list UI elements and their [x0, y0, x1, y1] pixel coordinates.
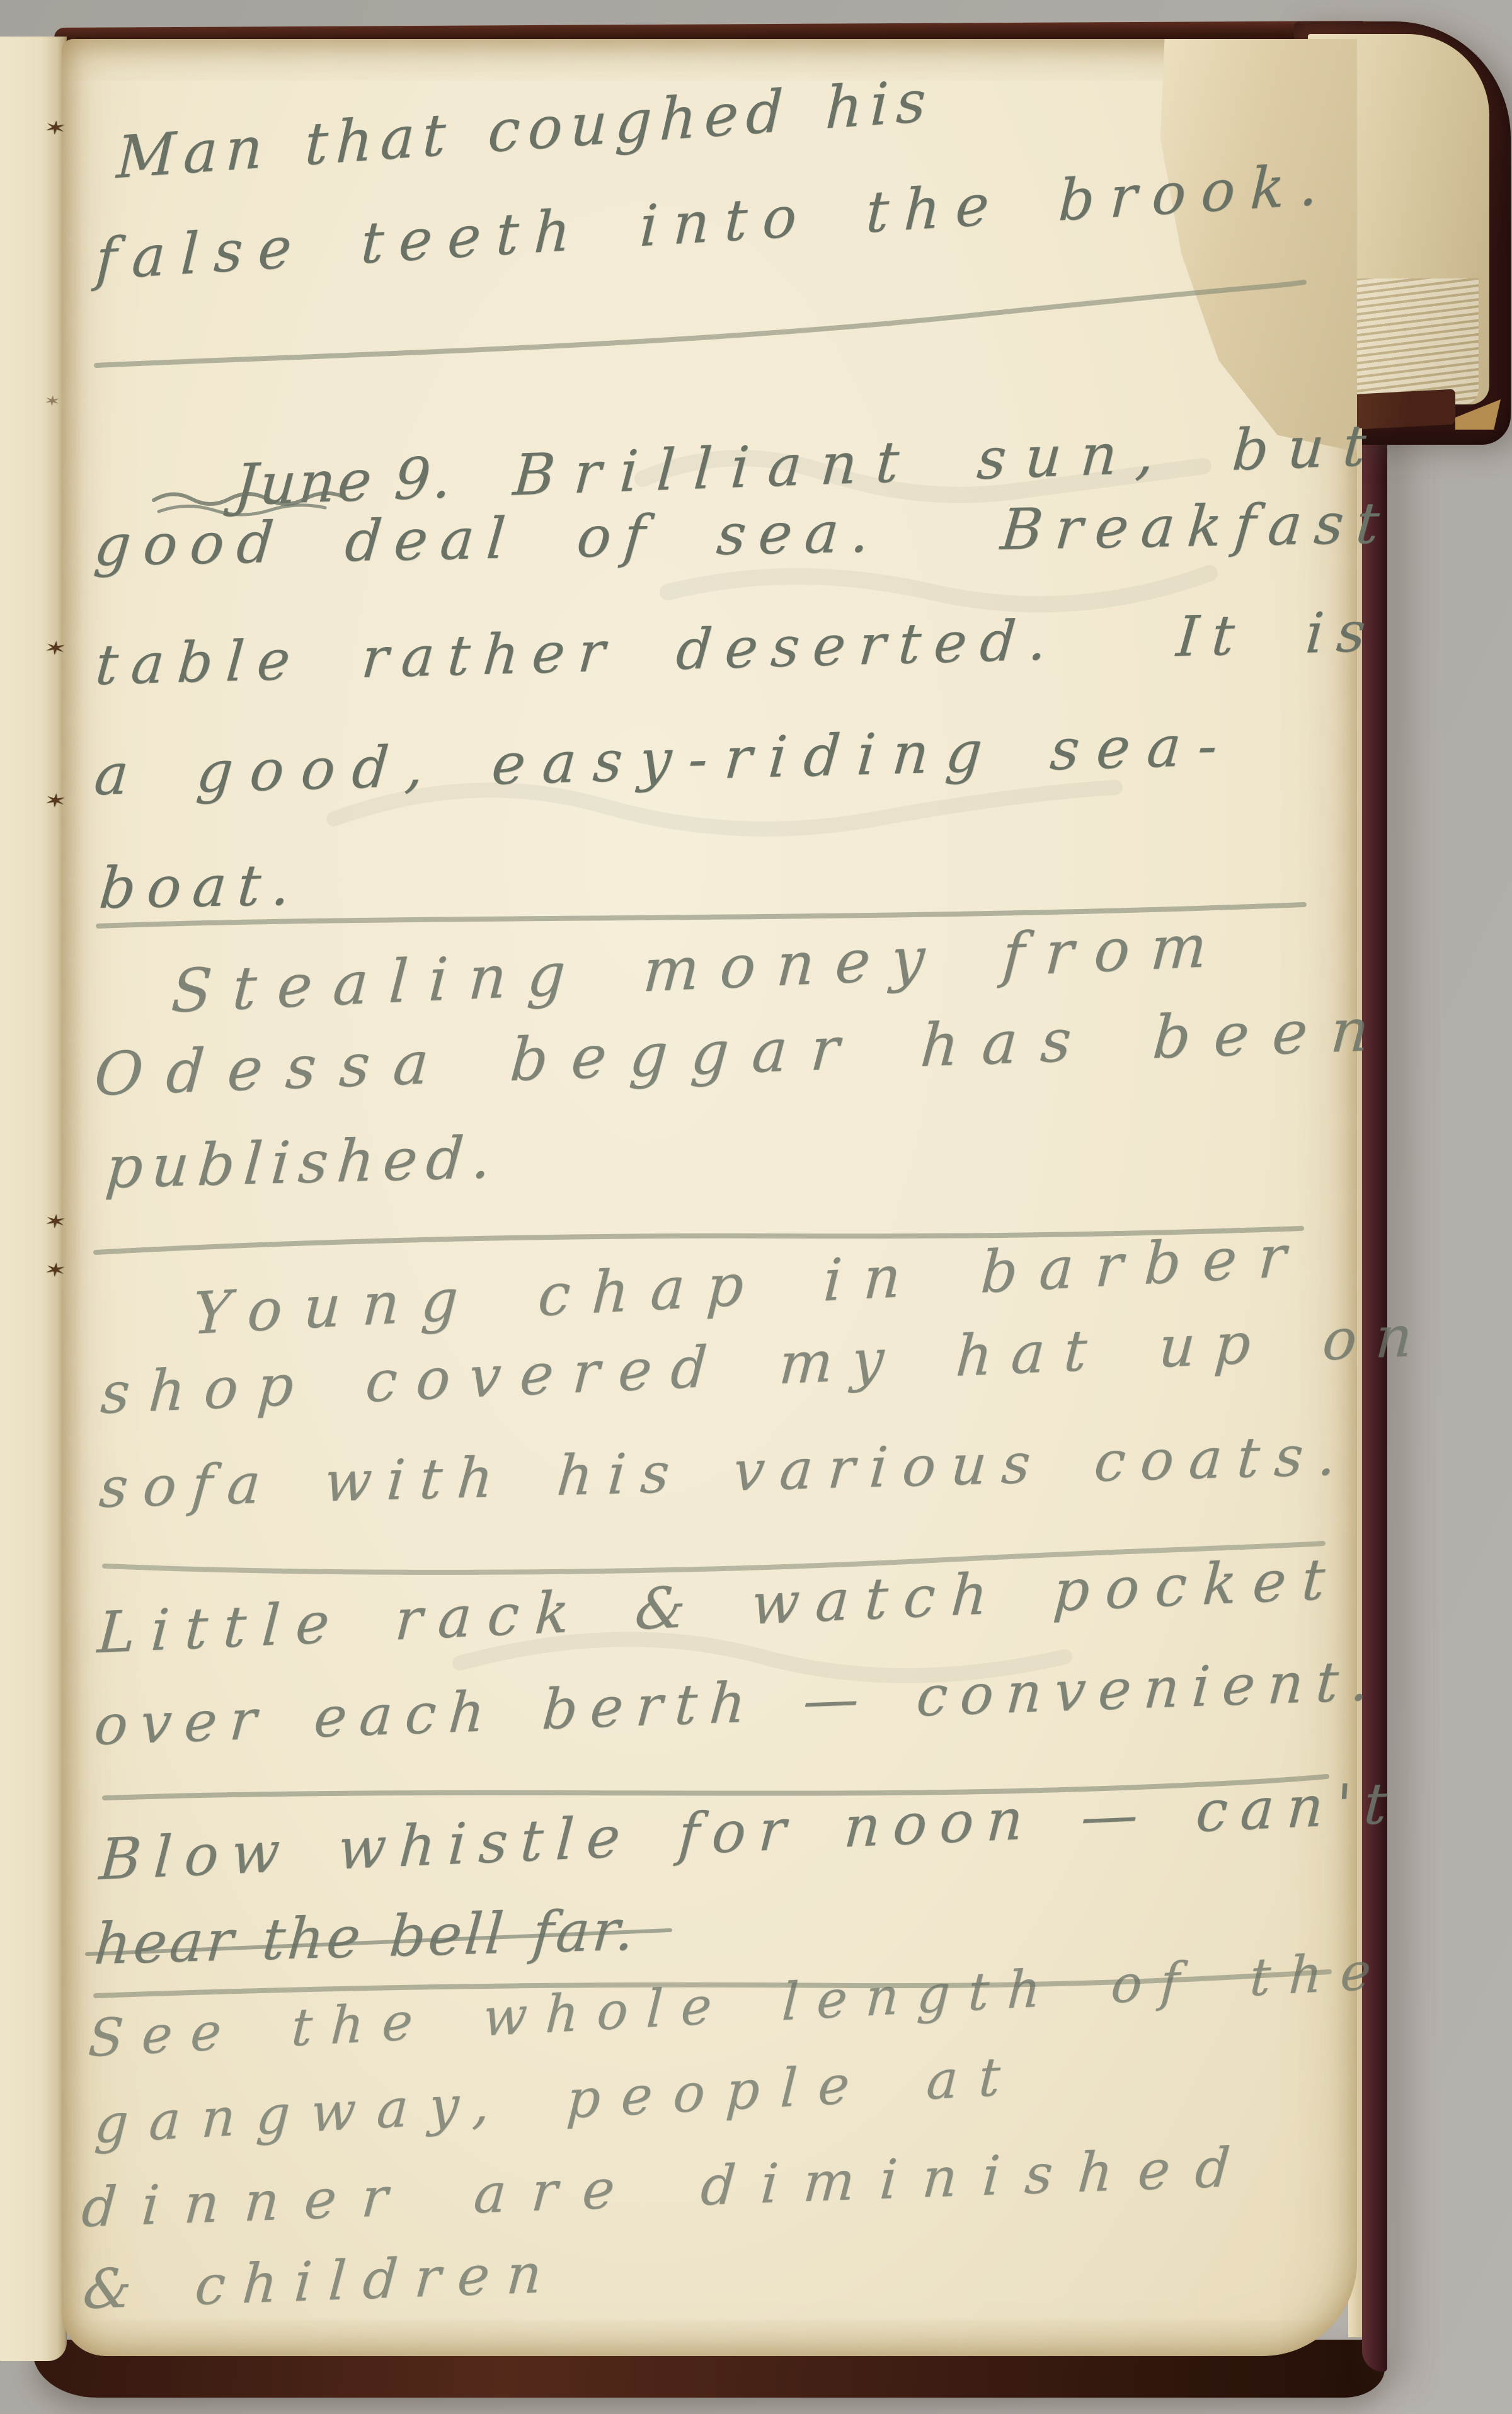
entry-6-line-2-struck: hear the bell far. [92, 1902, 638, 1973]
notebook-scan: ✶ ✶ ✶ ✶ ✶ ✶ Man that coughed his false t… [0, 0, 1512, 2414]
binding-stitch-icon: ✶ [43, 791, 67, 811]
entry-divider-1 [93, 271, 1309, 378]
binding-stitch-icon: ✶ [43, 1211, 67, 1232]
entry-3-line-3: published. [103, 1129, 501, 1198]
binding-stitch-icon: ✶ [43, 1260, 67, 1280]
binding-stitch-icon: ✶ [43, 394, 61, 409]
binding-stitch-icon: ✶ [43, 118, 67, 138]
entry-2-line-5: boat. [97, 857, 304, 917]
binding-stitch-icon: ✶ [43, 638, 67, 658]
right-cover-leather [1362, 378, 1387, 2372]
entry-7-line-4: & children [81, 2246, 560, 2318]
gutter-page-sliver [0, 37, 67, 2361]
